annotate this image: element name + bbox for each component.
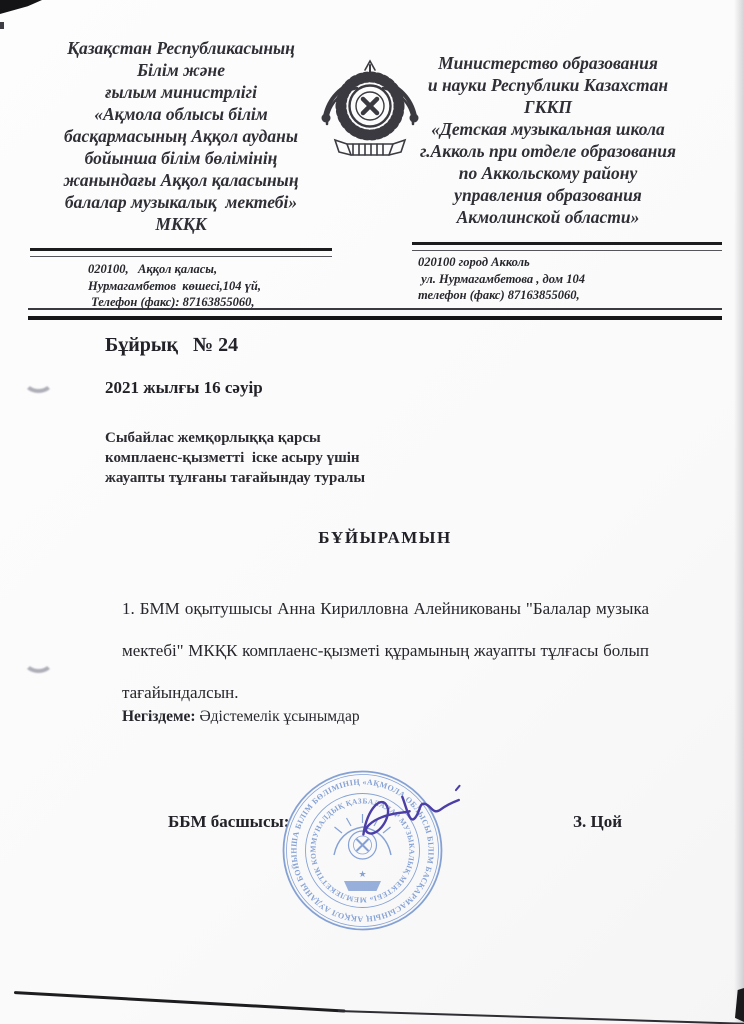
- letterhead-line: басқармасының Аққол ауданы: [32, 125, 330, 147]
- order-subject: Сыбайлас жемқорлыққа қарсы комплаенс-қыз…: [105, 428, 365, 488]
- address-line: 020100 город Акколь: [418, 254, 585, 271]
- order-number-title: Бұйрық № 24: [105, 334, 238, 357]
- letterhead-line: «Ақмола облысы білім: [32, 103, 330, 125]
- address-russian: 020100 город Акколь ул. Нурмагамбетова ,…: [418, 254, 585, 304]
- divider-left: [30, 248, 332, 257]
- letterhead-line: балалар музыкалық мектебі»: [32, 191, 330, 213]
- letterhead-line: Министерство образования: [406, 52, 690, 74]
- order-date: 2021 жылғы 16 сәуір: [105, 378, 263, 398]
- letterhead-line: ғылым министрлігі: [32, 81, 330, 103]
- letterhead-russian: Министерство образования и науки Республ…: [406, 52, 690, 228]
- scan-artifact-line: [338, 1010, 744, 1024]
- divider-right: [412, 242, 722, 251]
- basis-line: Негіздеме: Әдістемелік ұсынымдар: [122, 708, 360, 726]
- signatory-name: З. Цой: [573, 812, 622, 832]
- scan-artifact-speck: [0, 22, 4, 29]
- signature-ink: [349, 775, 477, 857]
- address-line: телефон (факс) 87163855060,: [418, 287, 585, 304]
- address-line: 020100, Аққол қаласы,: [88, 261, 261, 278]
- letterhead-line: жанындағы Аққол қаласының: [32, 169, 330, 191]
- order-clause-1: 1. БММ оқытушысы Анна Кирилловна Алейник…: [122, 588, 649, 714]
- letterhead-kazakh: Қазақстан Республикасының Білім және ғыл…: [32, 37, 330, 235]
- resolution-heading: БҰЙЫРАМЫН: [105, 528, 665, 548]
- punch-hole: [23, 368, 54, 393]
- letterhead-line: МКҚК: [32, 213, 330, 235]
- letterhead-line: Білім және: [32, 59, 330, 81]
- punch-hole: [23, 648, 54, 673]
- signatory-label: ББМ басшысы:: [168, 812, 289, 832]
- letterhead-line: г.Акколь при отделе образования: [406, 140, 690, 162]
- letterhead-line: Қазақстан Республикасының: [32, 37, 330, 59]
- scan-artifact-corner: [0, 0, 42, 14]
- letterhead-line: «Детская музыкальная школа: [406, 118, 690, 140]
- letterhead-line: управления образования: [406, 184, 690, 206]
- scan-artifact-line: [14, 991, 346, 1013]
- subject-line: жауапты тұлғаны тағайындау туралы: [105, 468, 365, 488]
- letterhead-line: ГККП: [406, 96, 690, 118]
- address-kazakh: 020100, Аққол қаласы, Нурмагамбетов көше…: [88, 261, 261, 311]
- letterhead-line: бойынша білім бөлімінің: [32, 147, 330, 169]
- letterhead-line: по Аккольскому району: [406, 162, 690, 184]
- address-line: ул. Нурмагамбетова , дом 104: [418, 271, 585, 288]
- scan-artifact-edge: [734, 0, 744, 1024]
- address-line: Телефон (факс): 87163855060,: [88, 294, 261, 311]
- subject-line: Сыбайлас жемқорлыққа қарсы: [105, 428, 365, 448]
- svg-text:★: ★: [358, 869, 366, 879]
- letterhead-line: и науки Республики Казахстан: [406, 74, 690, 96]
- basis-text: Әдістемелік ұсынымдар: [196, 708, 360, 725]
- address-line: Нурмагамбетов көшесі,104 үй,: [88, 278, 261, 295]
- letterhead-line: Акмолинской области»: [406, 206, 690, 228]
- scanned-order-document: Қазақстан Республикасының Білім және ғыл…: [0, 0, 744, 1024]
- basis-label: Негіздеме:: [122, 708, 196, 725]
- subject-line: комплаенс-қызметті іске асыру үшін: [105, 448, 365, 468]
